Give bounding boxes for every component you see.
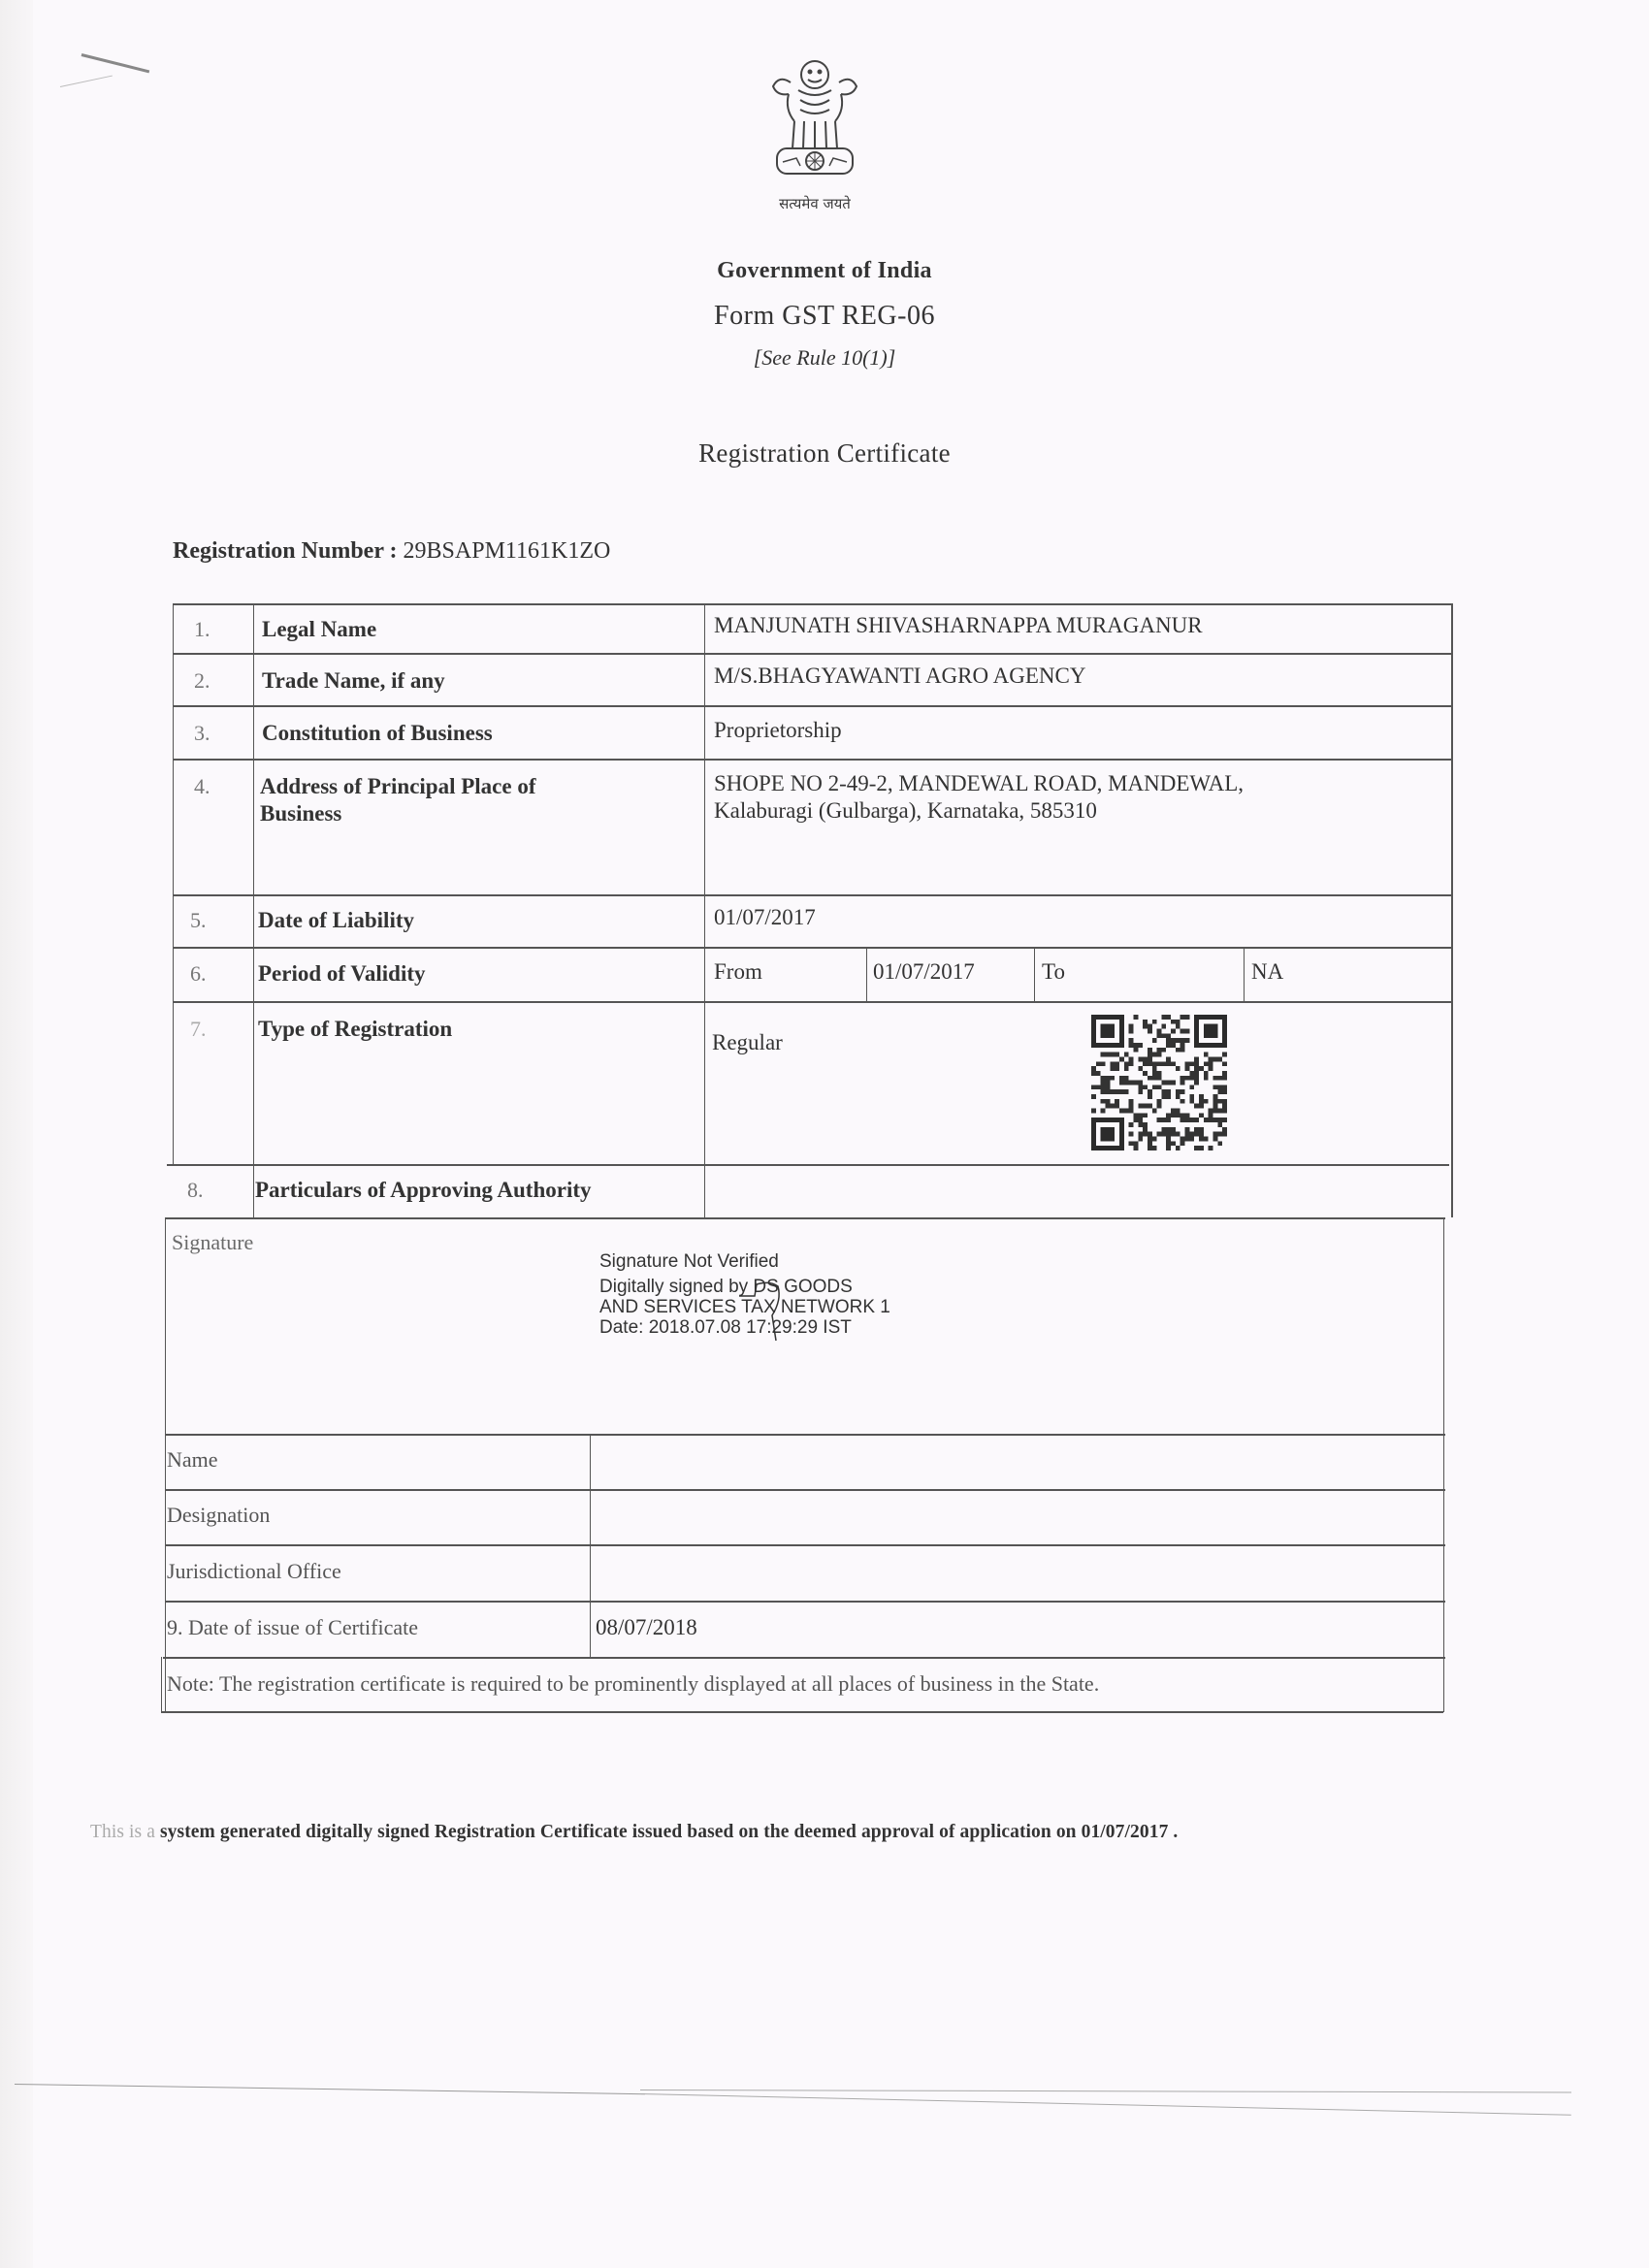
address-value-line2: Kalaburagi (Gulbarga), Karnataka, 585310 xyxy=(714,798,1097,824)
validity-to-label: To xyxy=(1042,959,1065,985)
footer-statement: This is a system generated digitally sig… xyxy=(90,1822,1178,1843)
row-number: 2. xyxy=(194,668,210,694)
row-number: 6. xyxy=(190,961,207,987)
authority-label: Jurisdictional Office xyxy=(167,1559,341,1584)
row-number: 7. xyxy=(190,1017,207,1042)
row-label: Address of Principal Place of xyxy=(260,774,536,799)
signature-check-mark-icon xyxy=(737,1261,795,1348)
staple-mark xyxy=(81,53,150,73)
constitution-value: Proprietorship xyxy=(714,718,842,743)
qr-code-icon xyxy=(1091,1015,1227,1150)
row-number: 5. xyxy=(190,908,207,933)
scan-line xyxy=(640,2093,1571,2116)
authority-label: Designation xyxy=(167,1503,270,1528)
authority-label: Name xyxy=(167,1447,218,1473)
address-value: SHOPE NO 2-49-2, MANDEWAL ROAD, MANDEWAL… xyxy=(714,771,1244,796)
validity-from-label: From xyxy=(714,959,762,985)
validity-to-value: NA xyxy=(1251,959,1283,985)
row-label: Trade Name, if any xyxy=(262,668,445,694)
signature-label: Signature xyxy=(172,1230,253,1255)
row-label: Type of Registration xyxy=(258,1017,452,1042)
authority-label: 9. Date of issue of Certificate xyxy=(167,1615,418,1640)
certificate-title: Registration Certificate xyxy=(0,438,1649,469)
issue-date-value: 08/07/2018 xyxy=(596,1615,697,1640)
government-heading: Government of India xyxy=(0,258,1649,284)
row-label: Constitution of Business xyxy=(262,721,493,746)
scan-line xyxy=(15,2084,645,2094)
registration-number-label: Registration Number : xyxy=(173,538,398,564)
footer-prefix: This is a xyxy=(90,1822,155,1842)
legal-name-value: MANJUNATH SHIVASHARNAPPA MURAGANUR xyxy=(714,613,1203,638)
row-label: Period of Validity xyxy=(258,961,426,987)
row-number: 4. xyxy=(194,774,210,799)
note-text: Note: The registration certificate is re… xyxy=(167,1671,1099,1697)
national-emblem-icon xyxy=(761,53,868,189)
row-label: Legal Name xyxy=(262,617,376,642)
validity-from-value: 01/07/2017 xyxy=(873,959,975,985)
registration-number: Registration Number : 29BSAPM1161K1ZO xyxy=(173,538,610,565)
footer-text: system generated digitally signed Regist… xyxy=(160,1822,1178,1842)
rule-reference: [See Rule 10(1)] xyxy=(0,345,1649,371)
row-number: 3. xyxy=(194,721,210,746)
motto: सत्यमेव जयते xyxy=(747,194,883,213)
registration-type-value: Regular xyxy=(712,1030,783,1055)
scan-line xyxy=(640,2090,1571,2093)
row-label: Particulars of Approving Authority xyxy=(255,1178,592,1203)
trade-name-value: M/S.BHAGYAWANTI AGRO AGENCY xyxy=(714,664,1085,689)
row-number: 1. xyxy=(194,617,210,642)
page-edge xyxy=(0,0,33,2268)
registration-number-value: 29BSAPM1161K1ZO xyxy=(404,538,611,564)
row-label-line2: Business xyxy=(260,801,341,826)
row-number: 8. xyxy=(187,1178,204,1203)
form-title: Form GST REG-06 xyxy=(0,301,1649,332)
liability-date-value: 01/07/2017 xyxy=(714,905,816,930)
scan-mark xyxy=(60,76,113,87)
row-label: Date of Liability xyxy=(258,908,414,933)
